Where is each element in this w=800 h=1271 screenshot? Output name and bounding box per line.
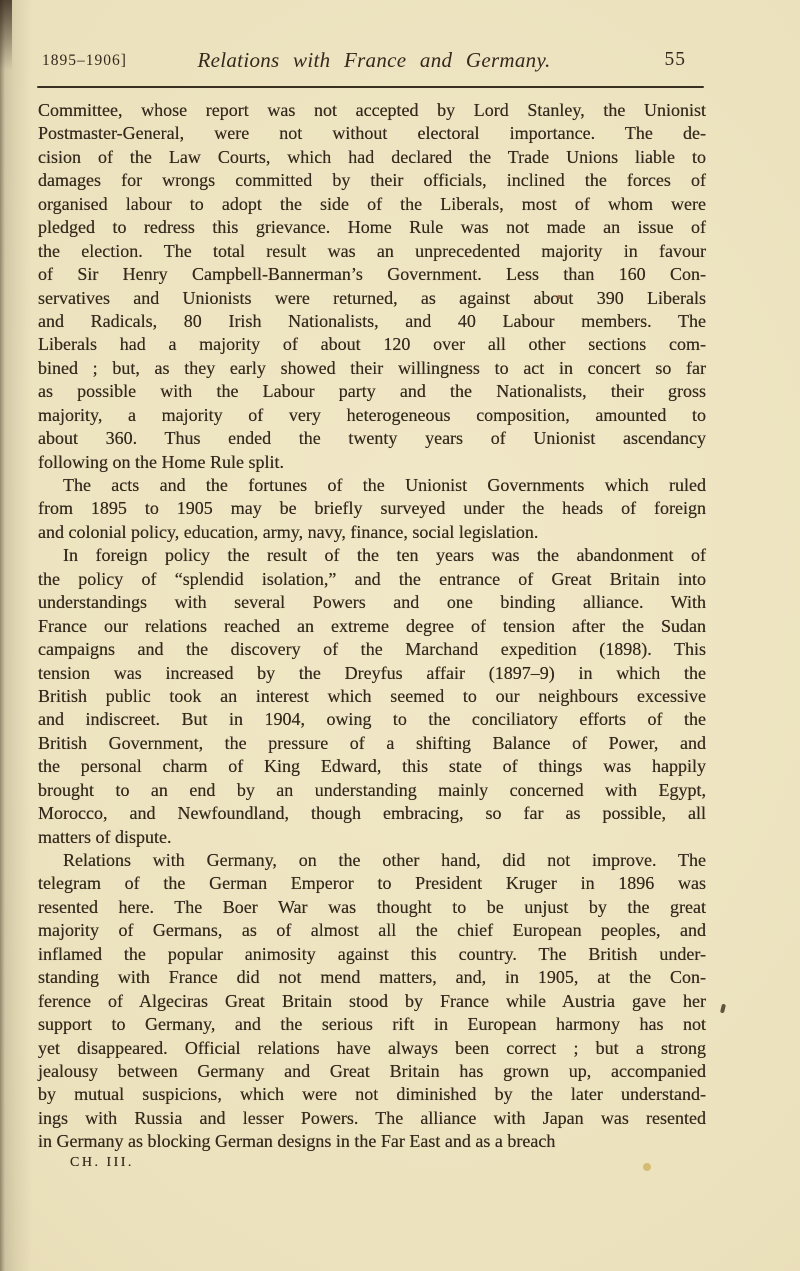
header-chapter-title: Relations with France and Germany. — [42, 48, 706, 73]
text-line: yet disappeared. Official relations have… — [38, 1037, 706, 1060]
header-page-number: 55 — [665, 49, 687, 71]
text-line: Committee, whose report was not accepted… — [38, 99, 706, 122]
book-page: 1895–1906] Relations with France and Ger… — [0, 0, 800, 1271]
text-line: organised labour to adopt the side of th… — [38, 193, 706, 216]
text-line: British public took an interest which se… — [38, 685, 706, 708]
text-line: jealousy between Germany and Great Brita… — [38, 1060, 706, 1083]
text-line: standing with France did not mend matter… — [38, 966, 706, 989]
text-line: pledged to redress this grievance. Home … — [38, 216, 706, 239]
paragraph: The acts and the fortunes of the Unionis… — [38, 474, 706, 544]
text-line: about 360. Thus ended the twenty years o… — [38, 427, 706, 450]
text-line: France our relations reached an extreme … — [38, 615, 706, 638]
paper-stain — [643, 1163, 651, 1171]
text-line: in Germany as blocking German designs in… — [38, 1130, 706, 1153]
paragraph: In foreign policy the result of the ten … — [38, 544, 706, 849]
text-line: Morocco, and Newfoundland, though embrac… — [38, 802, 706, 825]
text-line: the policy of “splendid isolation,” and … — [38, 568, 706, 591]
text-line: the personal charm of King Edward, this … — [38, 755, 706, 778]
text-line: bined ; but, as they early showed their … — [38, 357, 706, 380]
text-line: the election. The total result was an un… — [38, 240, 706, 263]
text-line: Relations with Germany, on the other han… — [38, 849, 706, 872]
text-line: matters of dispute. — [38, 826, 706, 849]
text-line: British Government, the pressure of a sh… — [38, 732, 706, 755]
paragraph: Relations with Germany, on the other han… — [38, 849, 706, 1154]
header-rule — [37, 86, 704, 88]
text-line: majority, a majority of very heterogeneo… — [38, 404, 706, 427]
paragraph: Committee, whose report was not accepted… — [38, 99, 706, 474]
text-line: telegram of the German Emperor to Presid… — [38, 872, 706, 895]
text-line: of Sir Henry Campbell-Bannerman’s Govern… — [38, 263, 706, 286]
text-line: majority of Germans, as of almost all th… — [38, 919, 706, 942]
text-line: inflamed the popular animosity against t… — [38, 943, 706, 966]
page-body: Committee, whose report was not accepted… — [38, 99, 706, 1154]
text-line: resented here. The Boer War was thought … — [38, 896, 706, 919]
text-line: In foreign policy the result of the ten … — [38, 544, 706, 567]
text-line: as possible with the Labour party and th… — [38, 380, 706, 403]
text-line: and colonial policy, education, army, na… — [38, 521, 706, 544]
text-line: understandings with several Powers and o… — [38, 591, 706, 614]
text-line: damages for wrongs committed by their of… — [38, 169, 706, 192]
text-line: from 1895 to 1905 may be briefly surveye… — [38, 497, 706, 520]
paper-speck — [557, 295, 561, 299]
text-line: campaigns and the discovery of the March… — [38, 638, 706, 661]
text-line: ference of Algeciras Great Britain stood… — [38, 990, 706, 1013]
page-gutter-shadow — [0, 0, 12, 70]
text-line: cision of the Law Courts, which had decl… — [38, 146, 706, 169]
text-line: by mutual suspicions, which were not dim… — [38, 1083, 706, 1106]
footer-chapter-mark: CH. III. — [70, 1155, 134, 1171]
text-line: servatives and Unionists were returned, … — [38, 287, 706, 310]
text-line: brought to an end by an understanding ma… — [38, 779, 706, 802]
text-line: tension was increased by the Dreyfus aff… — [38, 662, 706, 685]
text-line: support to Germany, and the serious rift… — [38, 1013, 706, 1036]
text-line: and indiscreet. But in 1904, owing to th… — [38, 708, 706, 731]
running-head: 1895–1906] Relations with France and Ger… — [42, 48, 706, 74]
text-line: ings with Russia and lesser Powers. The … — [38, 1107, 706, 1130]
text-line: and Radicals, 80 Irish Nationalists, and… — [38, 310, 706, 333]
text-line: Postmaster-General, were not without ele… — [38, 122, 706, 145]
text-line: The acts and the fortunes of the Unionis… — [38, 474, 706, 497]
text-line: following on the Home Rule split. — [38, 451, 706, 474]
paper-ink-mark — [720, 1004, 726, 1014]
text-line: Liberals had a majority of about 120 ove… — [38, 333, 706, 356]
